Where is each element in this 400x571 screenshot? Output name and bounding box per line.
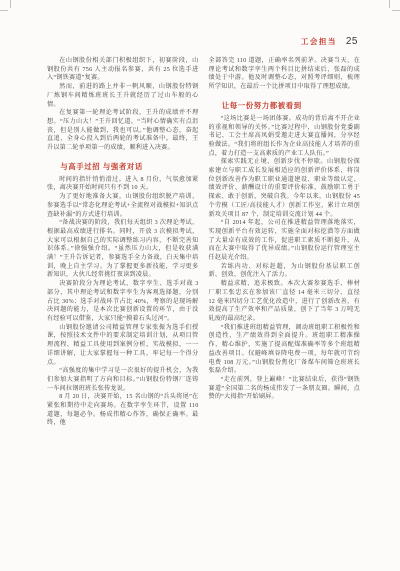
paragraph: “高强度的集中学习是一次很好的提升机会，为我们参加大赛指明了方向和目标。”山钢股… bbox=[47, 367, 199, 393]
crop-mark-top-right-vertical bbox=[389, 0, 390, 8]
right-column: 全部答完 110 道题，正确率名列前茅。决赛当天，在理论考试和数字孪生两个科目比… bbox=[209, 57, 361, 553]
paragraph: 在复赛第一轮理论考试阶段，王升的成绩并不理想。“压力山大！”王升回忆道，“当时心… bbox=[47, 109, 199, 153]
crop-mark-top-left-horizontal bbox=[0, 10, 8, 11]
page-number: 25 bbox=[346, 36, 358, 47]
section-heading: 与高手过招 与强者对话 bbox=[47, 162, 199, 171]
paragraph: “我们推进班组精益管理，调动班组职工积极性和创造性，生产绩效得到全面提升。班组职… bbox=[209, 324, 361, 376]
paragraph: 精益求精、追求极致。本次大赛参赛选手、棒材厂职工张忠玄在参加该厂直径 14 毫米… bbox=[209, 280, 361, 324]
paragraph: 决赛阶段分为理论考试、数字孪生、选手对战 3 部分，其中理论考试和数字孪生为客观… bbox=[47, 280, 199, 324]
section-label: 工会担当 bbox=[301, 36, 337, 47]
article-body: 在山钢股份相关部门积极组织下，初赛阶段，山钢股份共有 756 人主动报名参赛，共… bbox=[47, 57, 360, 553]
paragraph: “这场比赛是一场团体赛。成功的背后离不开企业的重视和领导的关怀。”比赛过程中，山… bbox=[209, 115, 361, 159]
paragraph: 为了更好地准备大赛，山钢股份组织脱产培训，参赛选手以“常态化理论考试+全流程对战… bbox=[47, 193, 199, 219]
crop-mark-top-left-vertical bbox=[10, 0, 11, 8]
paragraph: “走在前列，登上巅峰！”比赛结束后，获得“钢铁赛道”全国第二名的杨成伟发了一条朋… bbox=[209, 376, 361, 402]
paragraph: 探索实践无止境，创新步伐不停歇。山钢股份探索建立与职工成长发展相适应的创新评价体… bbox=[209, 158, 361, 219]
paragraph-continuation: 全部答完 110 道题，正确率名列前茅。决赛当天，在理论考试和数字孪生两个科目比… bbox=[209, 57, 361, 92]
section-heading: 让每一份努力都被看到 bbox=[209, 101, 361, 110]
paragraph: “备战决赛的阶段，我们每天组织 3 次理论考试，根据最高成绩进行排名。同时，开放… bbox=[47, 219, 199, 280]
paragraph: 然而，前进的路上并非一帆风顺，山钢股份特钢厂炼钢车间精炼班班长王升就经历了过山车… bbox=[47, 83, 199, 109]
magazine-page: 工会担当 25 在山钢股份相关部门积极组织下，初赛阶段，山钢股份共有 756 人… bbox=[0, 0, 400, 571]
paragraph: “自 2014 年起，公司在推进精益管理落地落实，实现创新平台有效运转、实施全面… bbox=[209, 219, 361, 263]
paragraph: 在山钢股份相关部门积极组织下，初赛阶段，山钢股份共有 756 人主动报名参赛，共… bbox=[47, 57, 199, 83]
left-column: 在山钢股份相关部门积极组织下，初赛阶段，山钢股份共有 756 人主动报名参赛，共… bbox=[47, 57, 199, 553]
crop-mark-top-right-horizontal bbox=[392, 10, 400, 11]
paragraph: 山钢股份邀请公司精益管理专家张振为选手们授课，按照技术文件中的要求制定培训计划，… bbox=[47, 324, 199, 368]
page-header: 工会担当 25 bbox=[301, 36, 358, 47]
paragraph: 8 月 20 日，决赛开始，15 名山钢的“兵头将尾”在紧张和期待中走向赛场。在… bbox=[47, 393, 199, 428]
paragraph: 苦练内功、对标赶超，为山钢股份基层职工创新、创效、创优注入了活力。 bbox=[209, 263, 361, 280]
paragraph: 时间的指针悄悄滑过。进入 8 月份，气氛愈加紧张，离决赛开始时间只有不到 10 … bbox=[47, 176, 199, 193]
